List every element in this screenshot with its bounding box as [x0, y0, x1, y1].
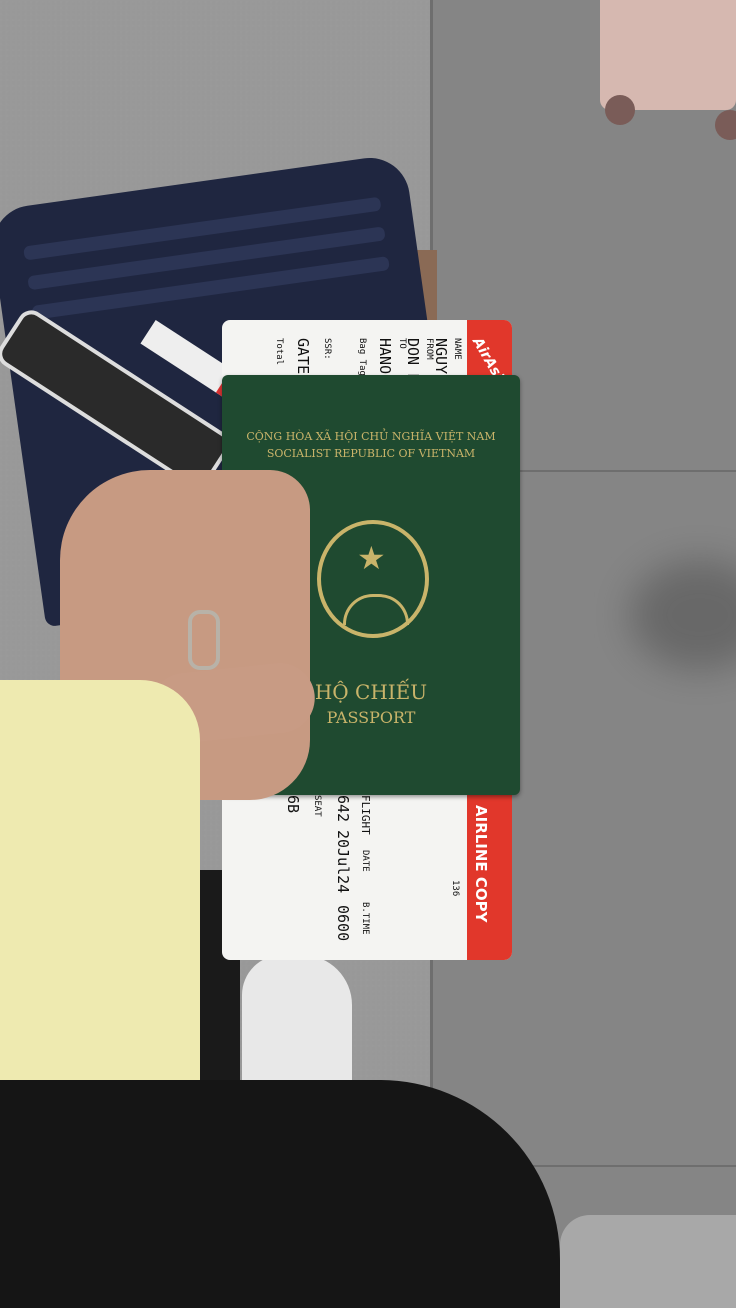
boarding-time-label: B.TIME — [360, 902, 370, 935]
suitcase-ridge — [31, 256, 389, 320]
ring — [188, 610, 220, 670]
star-icon: ★ — [357, 539, 386, 577]
yellow-sleeve — [0, 680, 200, 1130]
passport-header-en: SOCIALIST REPUBLIC OF VIETNAM — [222, 447, 520, 460]
flight-number: 642 — [334, 795, 352, 822]
suitcase-wheel — [605, 95, 635, 125]
date-label: DATE — [360, 850, 370, 872]
gear-icon — [343, 594, 409, 625]
flight-date: 20Jul24 — [334, 830, 352, 893]
grey-cloth — [560, 1215, 736, 1308]
sequence-number: 136 — [450, 880, 460, 896]
from-label: FROM — [424, 338, 434, 360]
to-label: TO — [397, 338, 407, 349]
boarding-time: 0600 — [334, 905, 352, 941]
pink-suitcase — [600, 0, 736, 110]
flight-label: FLIGHT — [359, 795, 372, 835]
national-emblem-icon: ★ — [317, 520, 429, 638]
name-label: NAME — [452, 338, 462, 360]
ssr-label: SSR: — [322, 338, 332, 360]
passport-header-vi: CỘNG HÒA XÃ HỘI CHỦ NGHĨA VIỆT NAM — [222, 430, 520, 443]
gate-label: GATE — [294, 338, 312, 374]
bag-tag-label: Bag Tag — [357, 338, 367, 376]
airline-copy-label: AIRLINE COPY — [472, 805, 490, 923]
seat-number: 6B — [284, 795, 302, 813]
black-pants — [0, 1080, 560, 1308]
total-label: Total — [274, 338, 284, 365]
seat-label: SEAT — [312, 795, 322, 817]
